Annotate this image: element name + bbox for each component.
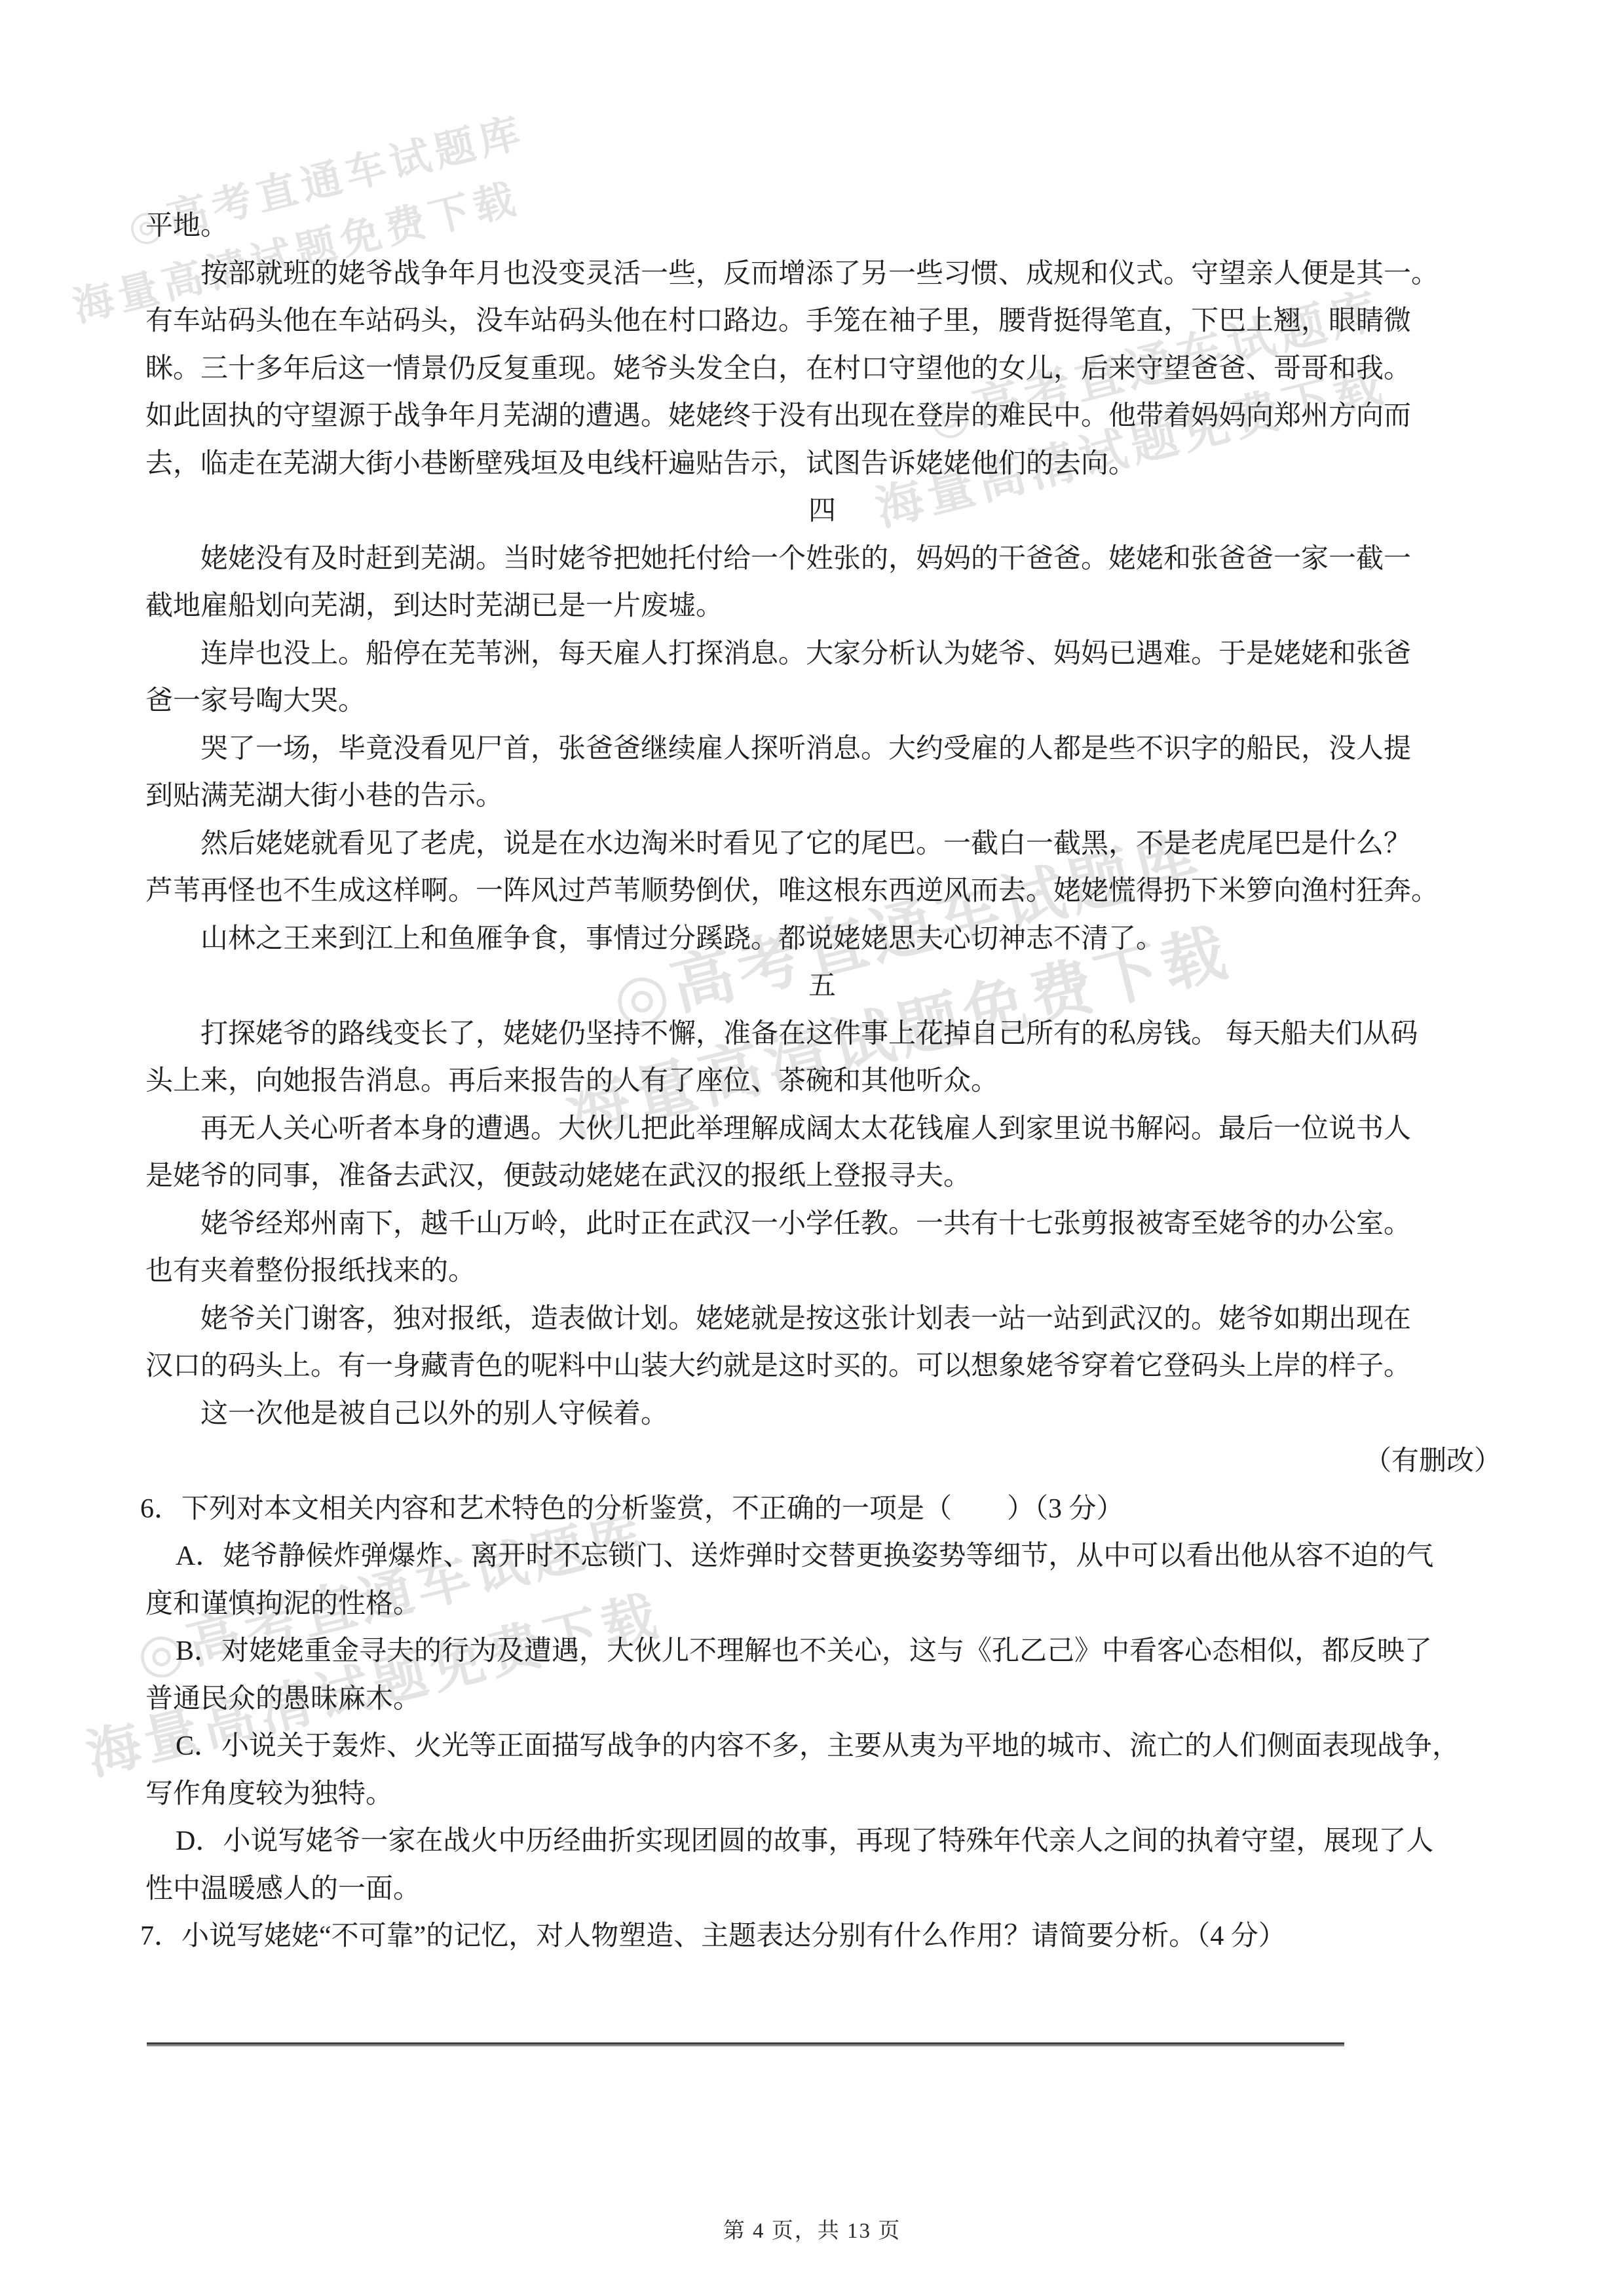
text-line: 姥爷关门谢客，独对报纸，造表做计划。姥姥就是按这张计划表一站一站到武汉的。姥爷如… [145,1295,1501,1343]
text-line: C．小说关于轰炸、火光等正面描写战争的内容不多，主要从夷为平地的城市、流亡的人们… [145,1723,1501,1770]
text-line: 这一次他是被自己以外的别人守候着。 [145,1390,1501,1438]
text-line: D．小说写姥爷一家在战火中历经曲折实现团圆的故事，再现了特殊年代亲人之间的执着守… [145,1818,1501,1865]
footnote-separator-line [147,2042,1344,2046]
text-line: 截地雇船划向芜湖，到达时芜湖已是一片废墟。 [145,583,1501,630]
text-line: 按部就班的姥爷战争年月也没变灵活一些，反而增添了另一些习惯、成规和仪式。守望亲人… [145,250,1501,298]
document-body: 平地。按部就班的姥爷战争年月也没变灵活一些，反而增添了另一些习惯、成规和仪式。守… [145,202,1501,1961]
text-line: 四 [145,488,1501,535]
text-line: 6．下列对本文相关内容和艺术特色的分析鉴赏，不正确的一项是（ ）（3 分） [140,1485,1501,1533]
text-line: 姥爷经郑州南下，越千山万岭，此时正在武汉一小学任教。一共有十七张剪报被寄至姥爷的… [145,1200,1501,1248]
text-line: 连岸也没上。船停在芜苇洲，每天雇人打探消息。大家分析认为姥爷、妈妈已遇难。于是姥… [145,630,1501,678]
text-line: 有车站码头他在车站码头，没车站码头他在村口路边。手笼在袖子里，腰背挺得笔直，下巴… [145,297,1501,345]
text-line: 五 [145,963,1501,1010]
text-line: 眯。三十多年后这一情景仍反复重现。姥爷头发全白，在村口守望他的女儿，后来守望爸爸… [145,345,1501,393]
text-line: 哭了一场，毕竟没看见尸首，张爸爸继续雇人探听消息。大约受雇的人都是些不识字的船民… [145,725,1501,773]
text-line: 如此固执的守望源于战争年月芜湖的遭遇。姥姥终于没有出现在登岸的难民中。他带着妈妈… [145,392,1501,440]
text-line: 爸一家号啕大哭。 [145,678,1501,725]
text-line: 平地。 [145,202,1501,250]
text-line: （有删改） [145,1438,1501,1485]
text-line: 打探姥爷的路线变长了，姥姥仍坚持不懈，准备在这件事上花掉自己所有的私房钱。 每天… [145,1010,1501,1058]
page-footer: 第 4 页，共 13 页 [0,2213,1624,2244]
text-line: 然后姥姥就看见了老虎，说是在水边淘米时看见了它的尾巴。一截白一截黑，不是老虎尾巴… [145,820,1501,868]
text-line: 去，临走在芜湖大街小巷断壁残垣及电线杆遍贴告示，试图告诉姥姥他们的去向。 [145,440,1501,488]
text-line: 汉口的码头上。有一身藏青色的呢料中山装大约就是这时买的。可以想象姥爷穿着它登码头… [145,1343,1501,1390]
text-line: A．姥爷静候炸弹爆炸、离开时不忘锁门、送炸弹时交替更换姿势等细节，从中可以看出他… [145,1533,1501,1580]
text-line: 也有夹着整份报纸找来的。 [145,1248,1501,1295]
text-line: 性中温暖感人的一面。 [145,1865,1501,1913]
text-line: B．对姥姥重金寻夫的行为及遭遇，大伙儿不理解也不关心，这与《孔乙己》中看客心态相… [145,1628,1501,1675]
text-line: 头上来，向她报告消息。再后来报告的人有了座位、茶碗和其他听众。 [145,1058,1501,1105]
text-line: 普通民众的愚昧麻木。 [145,1675,1501,1723]
text-line: 到贴满芜湖大街小巷的告示。 [145,773,1501,820]
text-line: 7．小说写姥姥“不可靠”的记忆，对人物塑造、主题表达分别有什么作用？请简要分析。… [140,1913,1501,1961]
text-line: 是姥爷的同事，准备去武汉，便鼓动姥姥在武汉的报纸上登报寻夫。 [145,1153,1501,1200]
text-line: 度和谨慎拘泥的性格。 [145,1580,1501,1628]
page-indicator: 第 4 页，共 13 页 [723,2219,901,2243]
text-line: 姥姥没有及时赶到芜湖。当时姥爷把她托付给一个姓张的，妈妈的干爸爸。姥姥和张爸爸一… [145,535,1501,583]
text-line: 山林之王来到江上和鱼雁争食，事情过分蹊跷。都说姥姥思夫心切神志不清了。 [145,915,1501,963]
text-line: 写作角度较为独特。 [145,1770,1501,1818]
text-line: 芦苇再怪也不生成这样啊。一阵风过芦苇顺势倒伏，唯这根东西逆风而去。姥姥慌得扔下米… [145,868,1501,915]
text-line: 再无人关心听者本身的遭遇。大伙儿把此举理解成阔太太花钱雇人到家里说书解闷。最后一… [145,1105,1501,1153]
